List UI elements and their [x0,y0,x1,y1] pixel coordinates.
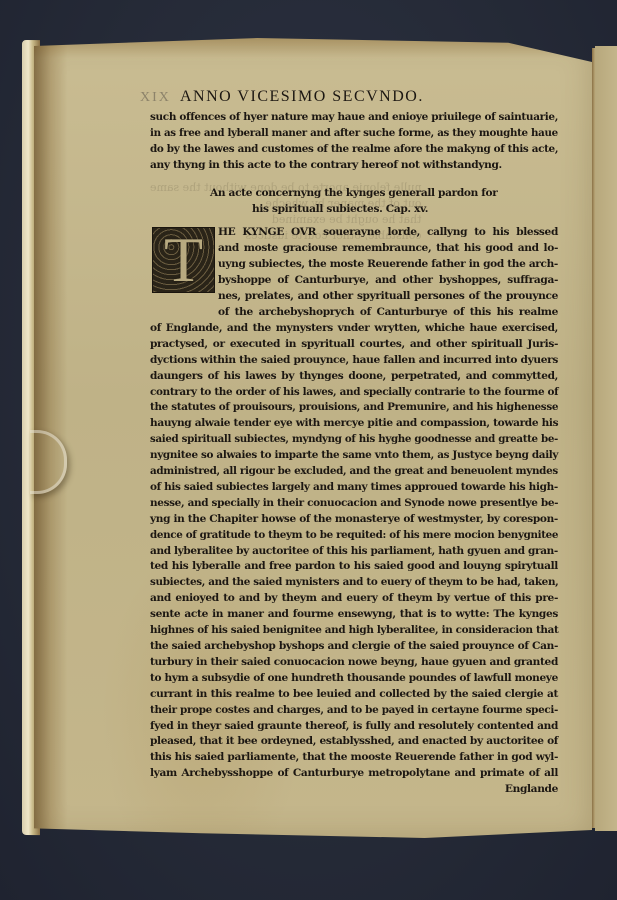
running-head-title: ANNO VICESIMO SECVNDO. [180,88,424,106]
text-line: their prope costes and charges, and to b… [150,703,558,719]
text-line: of Englande, and the mynysters vnder wry… [150,321,558,337]
text-line: pleased, that it bee ordeyned, establyss… [150,734,558,750]
text-line: nes, prelates, and other spyrituall pers… [218,289,558,305]
drop-cap-letter: T [164,228,203,292]
facing-page-edge [595,46,617,831]
text-line: lyam Archebysshoppe of Canturburye metro… [150,766,558,782]
text-line: hauyng alwaie tender eye with mercye pit… [150,416,558,432]
text-line: ted his lyberalle and free pardon to his… [150,559,558,575]
catchword: Englande [150,782,558,798]
preceding-text: such offences of hyer nature may haue an… [150,110,558,174]
text-line: to hym a subsydie of one hundreth thousa… [150,671,558,687]
text-line: subiectes, and the saied mynisters and t… [150,575,558,591]
text-line: dyctions within the saied prouynce, haue… [150,353,558,369]
text-line: the saied archebyshop byshops and clergi… [150,639,558,655]
folio-number: XIX [140,90,171,106]
chapter-heading-line: An acte concernyng the kynges generall p… [210,186,558,202]
text-line: highnes of his saied benignitee and high… [150,623,558,639]
decorated-initial: T [152,227,215,293]
text-line: any thyng in this acte to the contrary h… [150,158,558,174]
chapter-body: T HE KYNGE OVR souerayne lorde, callyng … [150,225,558,798]
text-line: the statutes of prouisours, prouisions, … [150,400,558,416]
text-line: and moste graciouse remembraunce, that h… [218,241,558,257]
text-line: dence of gratitude to theym to be requit… [150,528,558,544]
text-line: turbury in their saied conuocacion nowe … [150,655,558,671]
text-line: of his saied subiectes largely and many … [150,480,558,496]
text-line: currant in this realme to bee leuied and… [150,687,558,703]
text-block: XIX ANNO VICESIMO SECVNDO. such offences… [150,88,558,798]
text-line: nygnitee so alwaies to imparte the same … [150,448,558,464]
text-line: do by the lawes and customes of the real… [150,142,558,158]
text-line: HE KYNGE OVR souerayne lorde, callyng to… [218,225,558,241]
text-line: and enioyed to and by theym and euery of… [150,591,558,607]
text-line: in as free and lyberall maner and after … [150,126,558,142]
text-line: such offences of hyer nature may haue an… [150,110,558,126]
text-line: contrary to the order of his lawes, and … [150,385,558,401]
chapter-heading: An acte concernyng the kynges generall p… [150,186,558,218]
text-line: and lyberalitee by auctoritee of this hi… [150,544,558,560]
text-line: this his saied parliamente, that the moo… [150,750,558,766]
text-line: yng in the Chapiter howse of the monaste… [150,512,558,528]
text-line: byshoppe of Canturburye, and other bysho… [218,273,558,289]
text-line: sente acte in maner and fourme ensewyng,… [150,607,558,623]
text-line: uyng subiectes, the moste Reuerende fath… [218,257,558,273]
text-line: practysed, or executed in spyrituall cou… [150,337,558,353]
text-line: fyed in theyr saied graunte thereof, is … [150,719,558,735]
text-line: nesse, and specially in their conuocacio… [150,496,558,512]
running-head: XIX ANNO VICESIMO SECVNDO. [150,88,558,110]
text-line: saied spirituall subiectes, myndyng of h… [150,432,558,448]
text-line: daungers of his lawes by thynges doone, … [150,369,558,385]
text-line: of the archebyshoprych of Canturburye of… [218,305,558,321]
text-line: administred, all rigour be excluded, and… [150,464,558,480]
chapter-heading-line: his spirituall subiectes. Cap. xv. [210,202,558,218]
